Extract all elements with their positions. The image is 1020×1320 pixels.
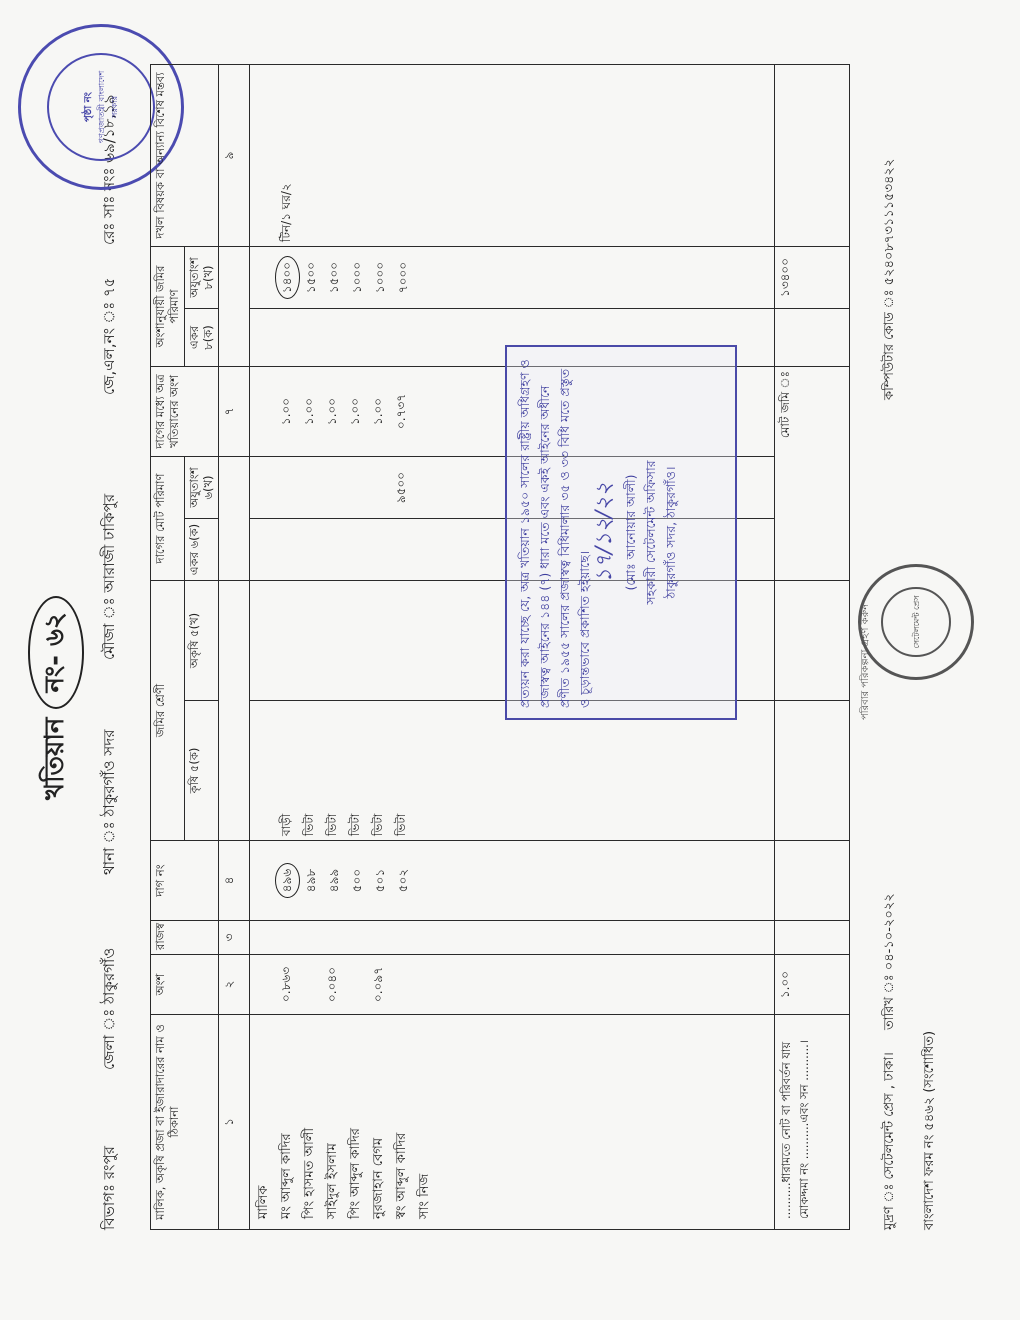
share-value: ০.০৪০	[321, 959, 344, 1010]
khatian-share-value: ১.০০	[275, 371, 298, 452]
signer-office: ঠাকুরগাঁও সদর, ঠাকুরগাঁও।	[661, 357, 681, 708]
col-num: ৯	[219, 64, 250, 246]
signature-date: ১৭/১২/২২	[595, 357, 615, 708]
dag-number: ৪৯৬	[275, 863, 300, 898]
document-title: খতিয়ান নং- ৬২	[28, 596, 84, 800]
press-seal: সেটেলমেন্ট প্রেস	[858, 564, 974, 680]
title-prefix: খতিয়ান	[40, 718, 70, 800]
col-agri-header: কৃষি ৫(ক)	[185, 701, 219, 841]
district-label: জেলা ঃ ঠাকুরগাঁও	[98, 948, 123, 1070]
owner-line: মালিক	[252, 1019, 275, 1219]
col-nonagri-header: অকৃষি ৫(খ)	[185, 581, 219, 701]
dag-number: ৪৯৮	[300, 845, 323, 916]
owner-line: মং আব্দুল কাদির	[275, 1019, 298, 1219]
jl-number: জে,এল,নং ঃ ৭৫	[98, 278, 123, 396]
col-num	[219, 581, 250, 841]
khatian-number: নং- ৬২	[28, 596, 84, 708]
share-area-value: ১০০০	[369, 251, 392, 304]
col-share-header: অংশ	[151, 955, 219, 1015]
owner-line: সাং নিজ	[413, 1019, 436, 1219]
share-value: ০.০৯৭	[367, 959, 390, 1010]
total-land-value: ১৩৪০০	[775, 246, 850, 308]
share-area-value: ১৫০০	[323, 251, 346, 304]
signer-block: (মোঃ আনোয়ার আলী) সহকারী সেটেলমেন্ট অফিস…	[621, 357, 681, 708]
khatian-share-value: ১.০০	[344, 371, 367, 452]
remarks-cell: টিন/১ ঘর/২	[250, 64, 775, 246]
col-land-class-header: জমির শ্রেণী	[151, 581, 185, 841]
certification-stamp: প্রত্যয়ন করা যাচ্ছে যে, অত্র খতিয়ান ১৯…	[505, 345, 737, 720]
land-class: ভিটা	[390, 705, 413, 836]
khatian-share-value: ১.০০	[298, 371, 321, 452]
col-owner-header: মালিক, অকৃষি প্রজা বা ইজারাদারের নাম ও ঠ…	[151, 1015, 219, 1230]
remarks-entry: টিন/১ ঘর/২	[275, 69, 298, 242]
agri-class-list: বাড়ী ভিটা ভিটা ভিটা ভিটা ভিটা	[250, 701, 775, 841]
dag-number: ৫০১	[369, 845, 392, 916]
land-class: ভিটা	[367, 705, 390, 836]
owner-line: নুরজাহান বেগম	[367, 1019, 390, 1219]
share-area-value: ১৫০০	[300, 251, 323, 304]
col-num: ২	[219, 955, 250, 1015]
col-dag-header: দাগ নং	[151, 841, 219, 921]
certification-text: প্রত্যয়ন করা যাচ্ছে যে, অত্র খতিয়ান ১৯…	[515, 357, 595, 708]
share-area-value: ১০০০	[346, 251, 369, 304]
col-remarks-header: দখল বিষয়ক বা অন্যান্য বিশেষ মন্তব্য	[151, 64, 219, 246]
khatian-table: মালিক, অকৃষি প্রজা বা ইজারাদারের নাম ও ঠ…	[150, 64, 850, 1230]
signer-name: (মোঃ আনোয়ার আলী)	[621, 357, 641, 708]
share-area-value: ৭০০০	[392, 251, 415, 304]
col-num: ৪	[219, 841, 250, 921]
table-footer-row: ..........ধারামতে নোট বা পরিবর্তন যায় ম…	[775, 64, 850, 1229]
dag-number: ৪৯৯	[323, 845, 346, 916]
footer-note-line: মোকদ্দমা নং ..........এবং সন ..........।	[795, 1019, 813, 1219]
division-label: বিভাগঃ রংপুর	[98, 1146, 123, 1230]
owner-line: স্বং আব্দুল কাদির	[390, 1019, 413, 1219]
khatian-share-value: ১.০০	[321, 371, 344, 452]
col-num: ১	[219, 1015, 250, 1230]
khatian-share-value: ০.৭৩৭	[390, 371, 413, 452]
press-seal-text: সেটেলমেন্ট প্রেস	[910, 595, 923, 648]
dag-number: ৫০২	[392, 845, 415, 916]
col-num: ৩	[219, 921, 250, 955]
col-revenue-header: রাজস্ব	[151, 921, 219, 955]
total-land-label: মোট জমি ঃ	[775, 366, 850, 580]
owner-line: পিং হাসমত আলী	[298, 1019, 321, 1219]
document-date: তারিখ ঃ ০৪-১০-২০২২	[880, 893, 901, 1030]
owner-line: পিং আব্দুল কাদির	[344, 1019, 367, 1219]
signer-title: সহকারী সেটেলমেন্ট অফিসার	[641, 357, 661, 708]
col-dag-total-header: দাগের মোট পরিমাণ	[151, 456, 185, 580]
footer-note: ..........ধারামতে নোট বা পরিবর্তন যায় ম…	[775, 1015, 850, 1230]
land-class: ভিটা	[344, 705, 367, 836]
revenue-cell	[250, 921, 775, 955]
dag-total-value: ৯৫০০	[390, 461, 413, 514]
col-num	[219, 246, 250, 366]
khatian-document-page: খতিয়ান নং- ৬২ বিভাগঃ রংপুর জেলা ঃ ঠাকুর…	[0, 0, 1020, 1320]
col-acre-6k-header: একর ৬(ক)	[185, 519, 219, 581]
col-decimal-6kh-header: অযুতাংশ ৬(খ)	[185, 456, 219, 518]
share-list: ০.৮৬৩ ০.০৪০ ০.০৯৭	[250, 955, 775, 1015]
land-class: ভিটা	[321, 705, 344, 836]
column-number-row: ১ ২ ৩ ৪ ৭ ৯	[219, 64, 250, 1229]
col-decimal-8kh-header: অযুতাংশ ৮(খ)	[185, 246, 219, 308]
footer-note-line: ..........ধারামতে নোট বা পরিবর্তন যায়	[777, 1019, 795, 1219]
owner-line: সাইদুল ইসলাম	[321, 1019, 344, 1219]
col-num: ৭	[219, 366, 250, 456]
land-class: বাড়ী	[275, 705, 298, 836]
printer-line: মুদ্রণ ঃ সেটেলমেন্ট প্রেস , ঢাকা।	[880, 1052, 901, 1230]
seal-page-label: পৃষ্ঠা নং	[82, 92, 95, 122]
col-share-area-header: অংশানুযায়ী জমির পরিমাণ	[151, 246, 185, 366]
share-area-value: ১৪০০	[275, 256, 300, 299]
thana-label: থানা ঃ ঠাকুরগাঁও সদর	[98, 730, 123, 875]
col-acre-8k-header: একর ৮(ক)	[185, 308, 219, 366]
land-class: ভিটা	[298, 705, 321, 836]
mouza-label: মৌজা ঃ আরাজী ঢাকিপুর	[98, 494, 123, 660]
form-number: বাংলাদেশ ফরম নং ৫৪৬২ (সংশোধিত)	[920, 1031, 941, 1230]
khatian-share-value: ১.০০	[367, 371, 390, 452]
share-area-list: ১৪০০ ১৫০০ ১৫০০ ১০০০ ১০০০ ৭০০০	[250, 246, 775, 308]
col-num	[219, 456, 250, 580]
dag-list: ৪৯৬ ৪৯৮ ৪৯৯ ৫০০ ৫০১ ৫০২	[250, 841, 775, 921]
col-khatian-share-header: দাগের মধ্যে অত্র খতিয়ানের অংশ	[151, 366, 219, 456]
side-slogan: পরিবার পরিকল্পনা গ্রহণ করুন	[858, 604, 875, 720]
seal-inner-text: গণপ্রজাতন্ত্রী বাংলাদেশ সরকার	[95, 55, 121, 159]
computer-code: কম্পিউটার কোড ঃ ৫২৪০৮৭৩১১১৫৩৪২২	[880, 159, 901, 400]
owner-list: মালিক মং আব্দুল কাদির পিং হাসমত আলী সাইদ…	[250, 1015, 775, 1230]
dag-number: ৫০০	[346, 845, 369, 916]
share-total: ১.০০	[775, 955, 850, 1015]
share-value: ০.৮৬৩	[275, 959, 298, 1010]
